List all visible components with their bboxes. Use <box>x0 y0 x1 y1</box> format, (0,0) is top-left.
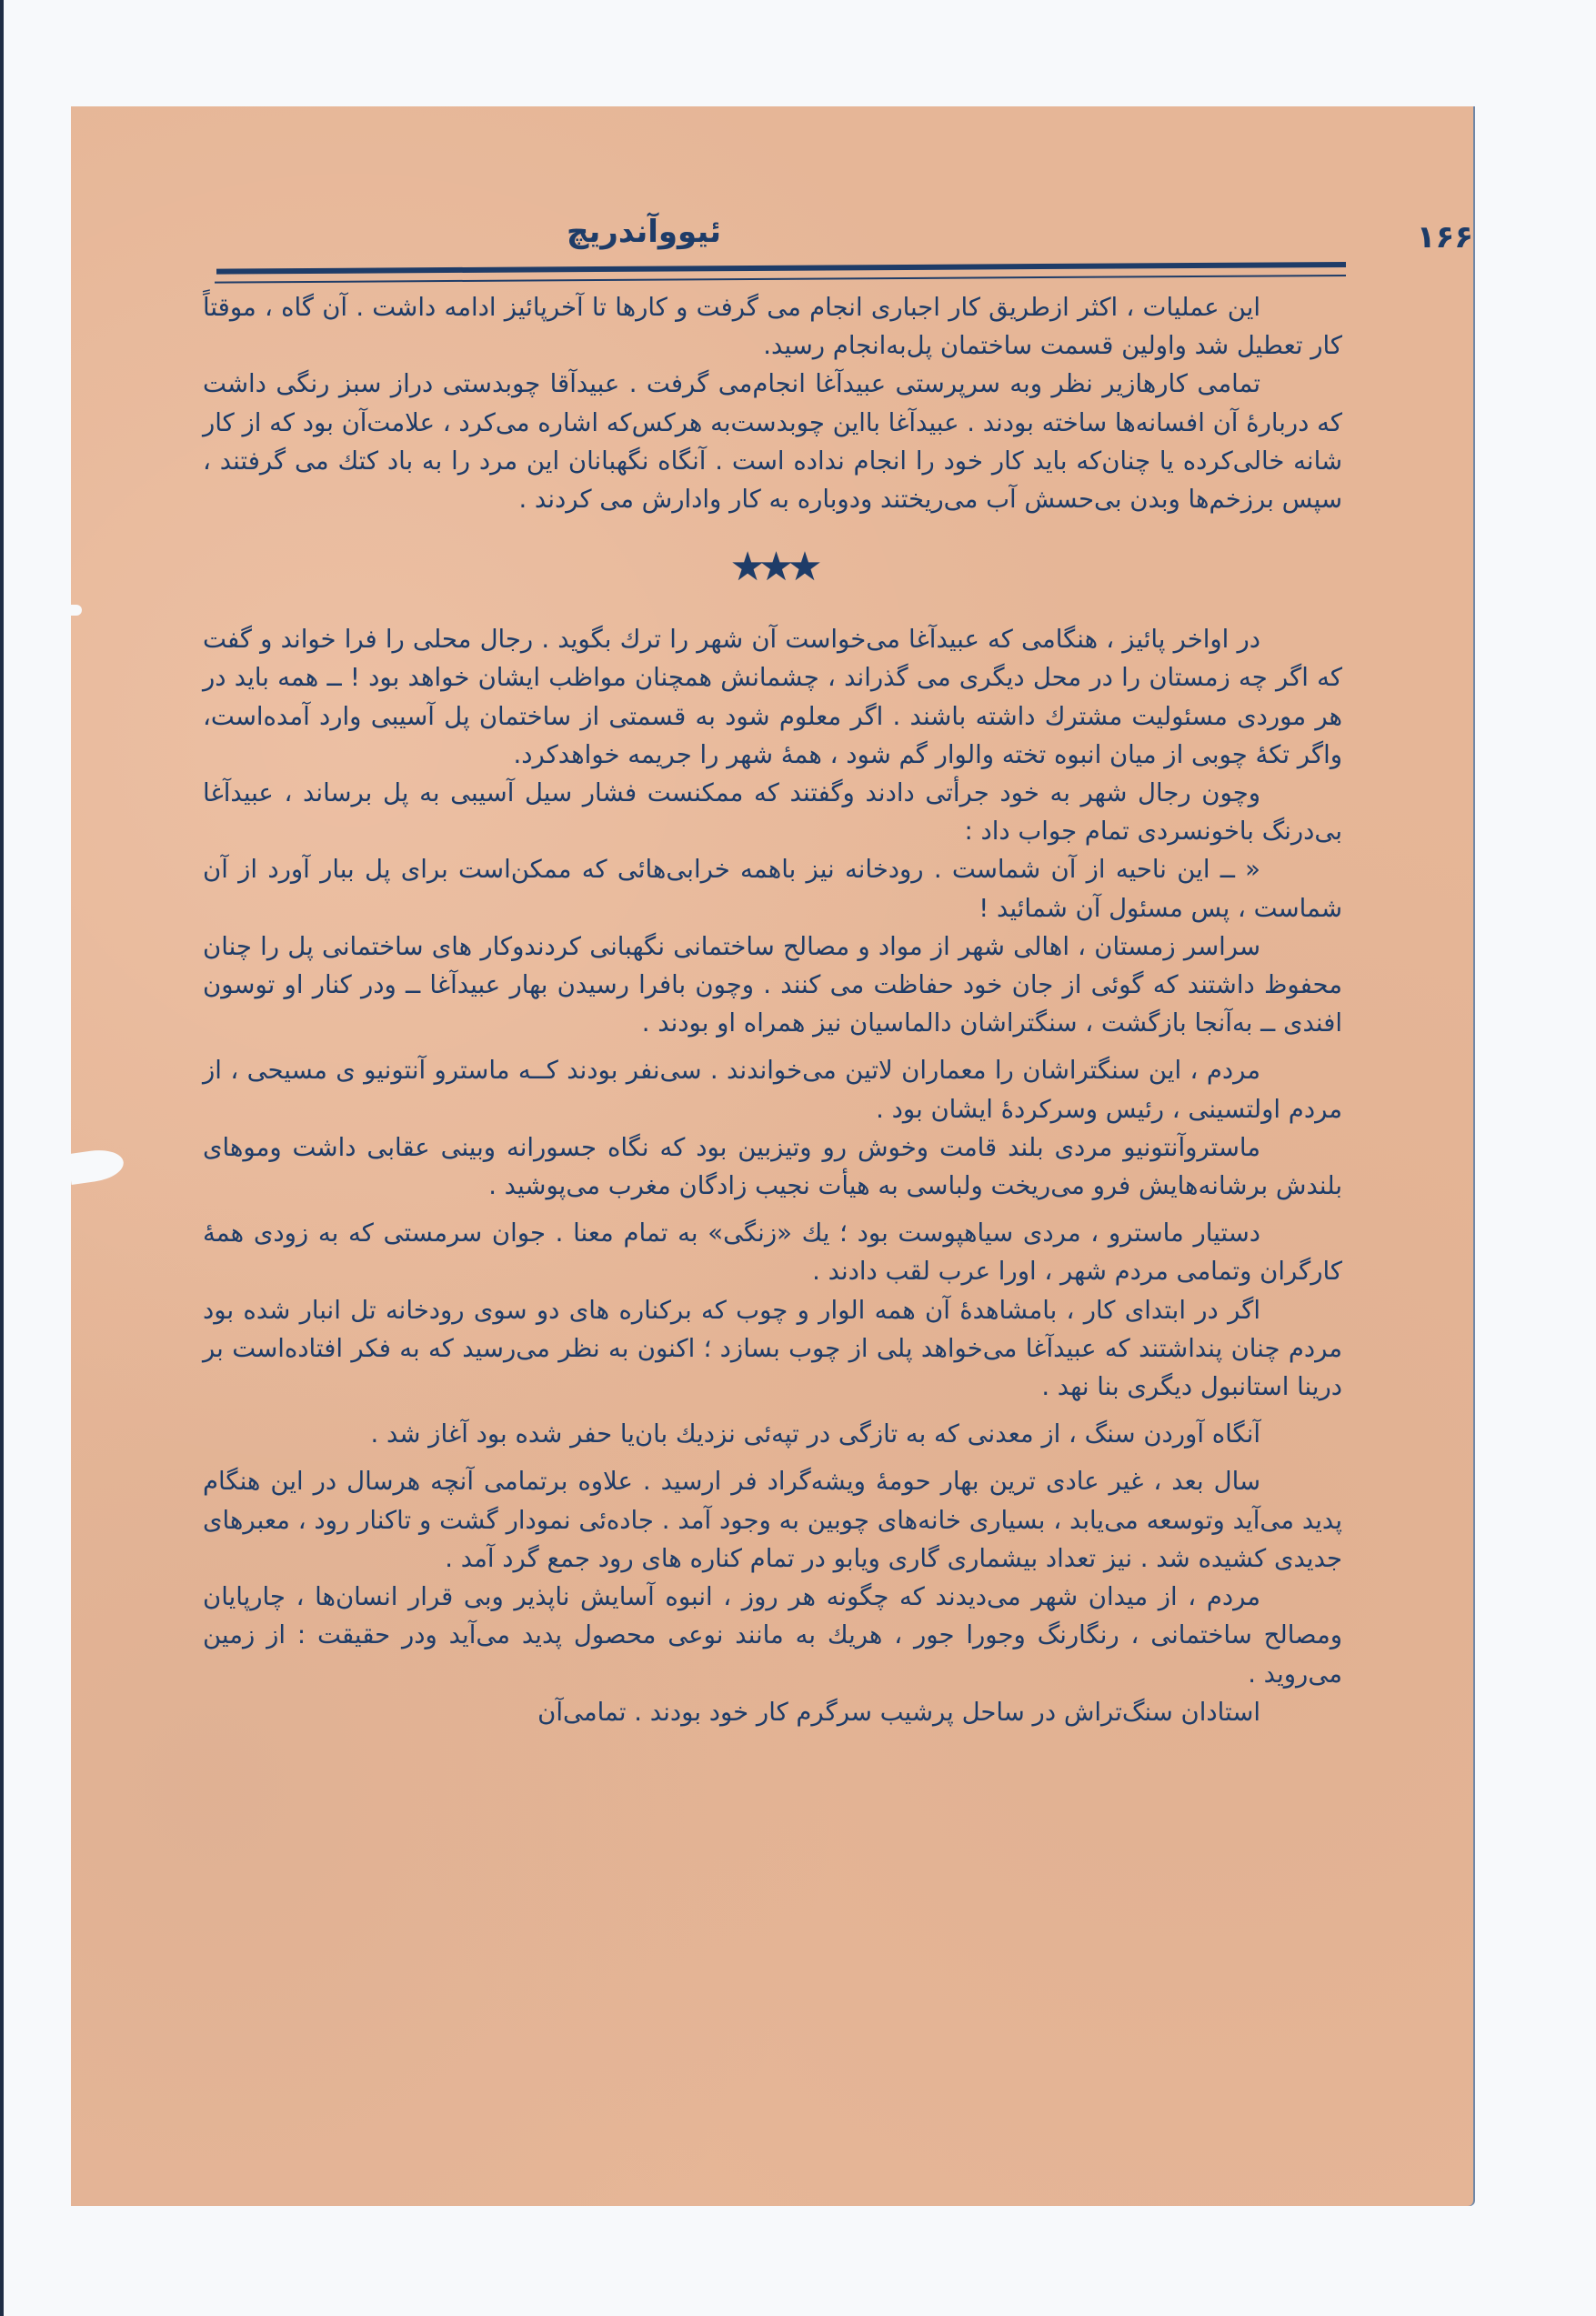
paragraph: ماستروآنتونیو مردی بلند قامت وخوش رو وتی… <box>203 1128 1342 1205</box>
paragraph: دستیار ماسترو ، مردی سیاهپوست بود ؛ یك «… <box>203 1214 1342 1290</box>
paragraph: آنگاه آوردن سنگ ، از معدنی که به تازگی د… <box>203 1415 1342 1453</box>
paragraph: سراسر زمستان ، اهالی شهر از مواد و مصالح… <box>203 927 1342 1043</box>
paragraph: مردم ، از میدان شهر می‌دیدند که چگونه هر… <box>203 1578 1342 1693</box>
paragraph: تمامی کارهازیر نظر وبه سرپرستی عبیدآغا ا… <box>203 365 1342 518</box>
scanner-edge <box>0 0 4 2316</box>
page-tear <box>67 1147 125 1185</box>
section-separator-stars-icon: ★★★ <box>203 547 1342 587</box>
paragraph: اگر در ابتدای کار ، بامشاهدهٔ آن همه الو… <box>203 1291 1342 1407</box>
body-text: این عملیات ، اکثر ازطریق کار اجباری انجا… <box>203 288 1342 1731</box>
header-rule-thick <box>216 262 1346 275</box>
running-title-author: ئیووآندریچ <box>567 214 721 250</box>
paragraph: سال بعد ، غیر عادی ترین بهار حومهٔ ویشه‌… <box>203 1462 1342 1578</box>
book-page: ۱۶۶ ئیووآندریچ این عملیات ، اکثر ازطریق … <box>71 106 1473 2206</box>
paragraph: این عملیات ، اکثر ازطریق کار اجباری انجا… <box>203 288 1342 365</box>
header-rule-thin <box>215 275 1346 284</box>
quoted-paragraph: « ــ این ناحیه از آن شماست . رودخانه نیز… <box>203 850 1342 927</box>
page-nick <box>69 605 82 616</box>
paragraph: در اواخر پائیز ، هنگامی که عبیدآغا می‌خو… <box>203 620 1342 774</box>
paragraph: استادان سنگ‌تراش در ساحل پرشیب سرگرم کار… <box>203 1693 1342 1731</box>
paragraph: وچون رجال شهر به خود جرأتی دادند وگفتند … <box>203 774 1342 850</box>
paragraph: مردم ، این سنگتراشان را معماران لاتین می… <box>203 1051 1342 1128</box>
page-number: ۱۶۶ <box>1417 219 1473 256</box>
